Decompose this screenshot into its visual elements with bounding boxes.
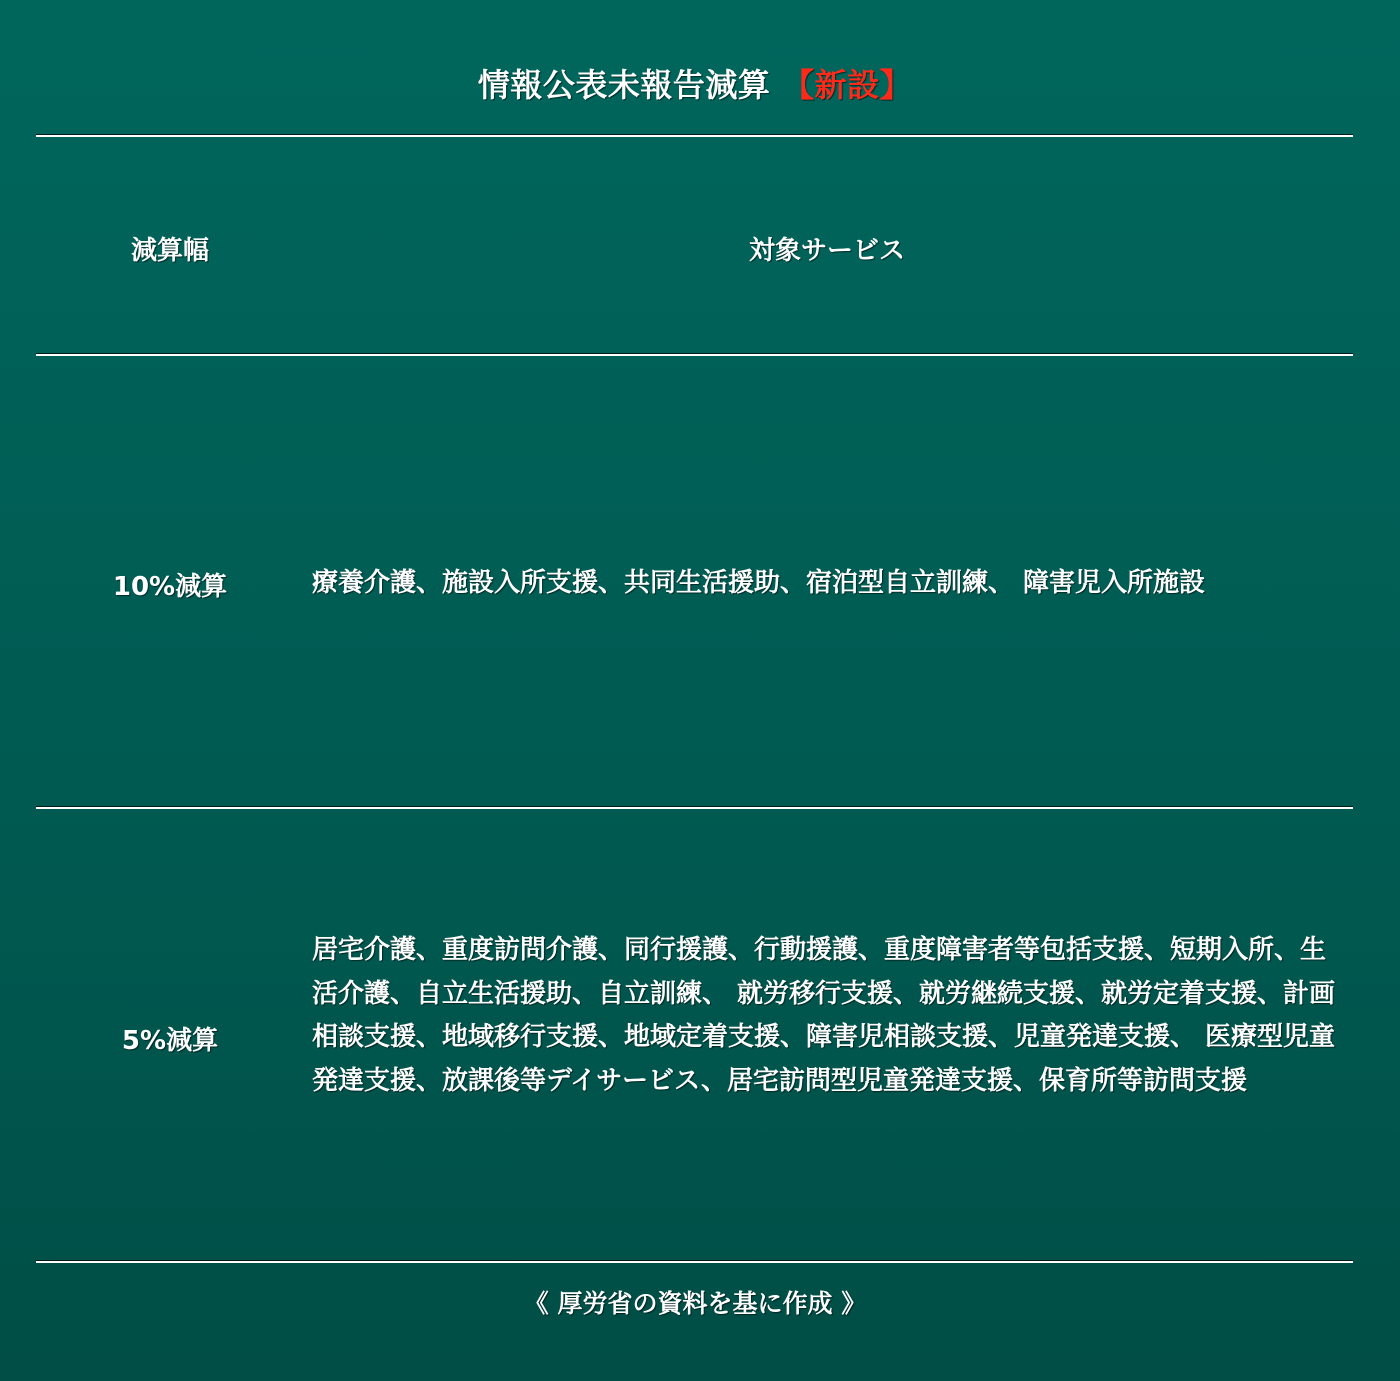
header-divider xyxy=(36,354,1353,356)
source-note: 《 厚労省の資料を基に作成 》 xyxy=(0,1284,1390,1320)
header-reduction: 減算幅 xyxy=(60,230,280,267)
table-bottom-divider xyxy=(36,1261,1353,1263)
target-services: 居宅介護、重度訪問介護、同行援護、行動援護、重度障害者等包括支援、短期入所、生活… xyxy=(312,929,1342,1103)
target-services: 療養介護、施設入所支援、共同生活援助、宿泊型自立訓練、 障害児入所施設 xyxy=(312,562,1342,606)
row-divider xyxy=(36,807,1353,809)
title-main: 情報公表未報告減算 xyxy=(478,66,771,104)
page-title: 情報公表未報告減算 【新設】 xyxy=(0,60,1390,106)
header-services: 対象サービス xyxy=(312,230,1342,267)
reduction-rate: 5%減算 xyxy=(60,1020,280,1057)
table-top-divider xyxy=(36,135,1353,137)
new-badge: 【新設】 xyxy=(782,66,912,104)
reduction-rate: 10%減算 xyxy=(60,566,280,603)
